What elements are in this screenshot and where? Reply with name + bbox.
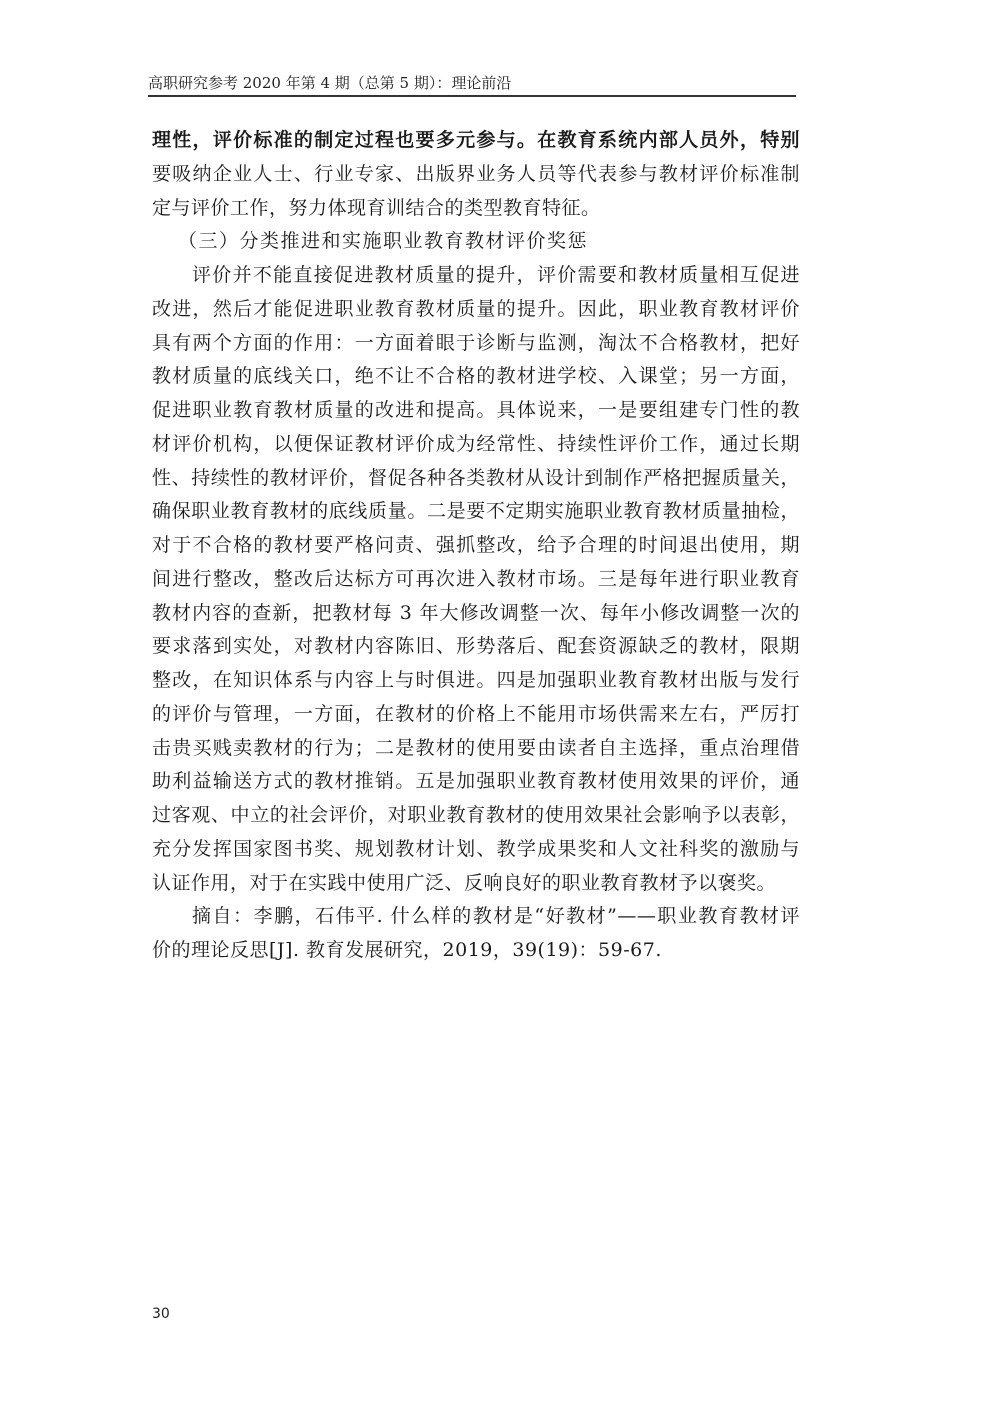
paragraph-line: 评价并不能直接促进教材质量的提升，评价需要和教材质量相互促进 [152,259,800,293]
citation-line: 摘自：李鹏，石伟平. 什么样的教材是“好教材”——职业教育教材评 [152,900,800,934]
paragraph-line: 充分发挥国家图书奖、规划教材计划、教学成果奖和人文社科奖的激励与 [152,833,800,867]
page-number: 30 [152,1306,170,1322]
paragraph-line: 教材质量的底线关口，绝不让不合格的教材进学校、入课堂；另一方面， [152,360,800,394]
paragraph-line: 认证作用，对于在实践中使用广泛、反响良好的职业教育教材予以褒奖。 [152,867,800,901]
paragraph-line: 要求落到实处，对教材内容陈旧、形势落后、配套资源缺乏的教材，限期 [152,630,800,664]
body-text: 理性，评价标准的制定过程也要多元参与。在教育系统内部人员外，特别 要吸纳企业人士… [152,124,800,968]
paragraph-line: 整改，在知识体系与内容上与时俱进。四是加强职业教育教材出版与发行 [152,664,800,698]
section-heading: （三）分类推进和实施职业教育教材评价奖惩 [152,225,800,259]
paragraph-line: 要吸纳企业人士、行业专家、出版界业务人员等代表参与教材评价标准制 [152,158,800,192]
paragraph-line: 过客观、中立的社会评价，对职业教育教材的使用效果社会影响予以表彰， [152,799,800,833]
paragraph-line: 助利益输送方式的教材推销。五是加强职业教育教材使用效果的评价，通 [152,765,800,799]
paragraph-line: 对于不合格的教材要严格问责、强抓整改，给予合理的时间退出使用，期 [152,529,800,563]
paragraph-line: 理性，评价标准的制定过程也要多元参与。在教育系统内部人员外，特别 [152,124,800,158]
running-header: 高职研究参考 2020 年第 4 期（总第 5 期）：理论前沿 [148,72,798,93]
paragraph-line: 促进职业教育教材质量的改进和提高。具体说来，一是要组建专门性的教 [152,394,800,428]
paragraph-line: 间进行整改，整改后达标方可再次进入教材市场。三是每年进行职业教育 [152,563,800,597]
citation-line: 价的理论反思[J]. 教育发展研究，2019，39(19)：59-67. [152,934,800,968]
paragraph-line: 材评价机构，以便保证教材评价成为经常性、持续性评价工作，通过长期 [152,428,800,462]
paragraph-line: 教材内容的查新，把教材每 3 年大修改调整一次、每年小修改调整一次的 [152,597,800,631]
paragraph-line: 改进，然后才能促进职业教育教材质量的提升。因此，职业教育教材评价 [152,293,800,327]
header-divider [148,95,796,97]
paragraph-line: 性、持续性的教材评价，督促各种各类教材从设计到制作严格把握质量关， [152,462,800,496]
paragraph-line: 击贵买贱卖教材的行为；二是教材的使用要由读者自主选择，重点治理借 [152,732,800,766]
paragraph-line: 确保职业教育教材的底线质量。二是要不定期实施职业教育教材质量抽检， [152,495,800,529]
paragraph-line: 定与评价工作，努力体现育训结合的类型教育特征。 [152,192,800,226]
paragraph-line: 具有两个方面的作用：一方面着眼于诊断与监测，淘汰不合格教材，把好 [152,327,800,361]
paragraph-line: 的评价与管理，一方面，在教材的价格上不能用市场供需来左右，严厉打 [152,698,800,732]
